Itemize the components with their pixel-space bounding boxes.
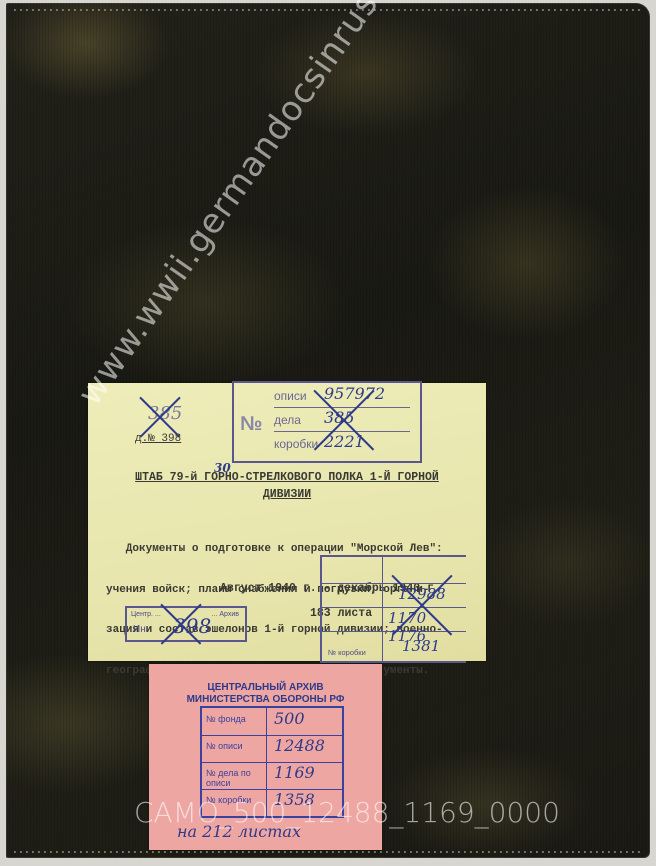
yellow-archive-label: 385 д.№ 398 № описи 957972 дела 385 коро… [88, 383, 486, 661]
stamp-text: ... Архив [212, 611, 239, 618]
file-id-watermark: CAMO_500_12488_1169_0000 [134, 796, 560, 829]
stamp-divider [382, 557, 383, 661]
central-archive-stamp: Центр. ... ... Архив Ин 398 [125, 606, 247, 642]
row-label: № дела по описи [206, 768, 262, 788]
row-label: № описи [206, 741, 243, 751]
title-correction: 30 [214, 460, 231, 477]
table-row-inventory: № описи 12488 [202, 735, 342, 763]
stamp-label: № коробки [328, 648, 366, 657]
strike-cross-icon [161, 602, 201, 646]
strike-cross-icon [140, 397, 180, 437]
stamp-row-label: дела [274, 413, 301, 427]
crossed-old-number: 385 [140, 397, 180, 437]
case-number: д.№ 398 [135, 433, 181, 445]
document-title: 30 ШТАБ 79-й ГОРНО-СТРЕЛКОВОГО ПОЛКА 1-Й… [88, 469, 486, 503]
row-value: 500 [274, 709, 305, 728]
archive-header-line: ЦЕНТРАЛЬНЫЙ АРХИВ [149, 682, 382, 694]
title-line-1: ШТАБ 79-й ГОРНО-СТРЕЛКОВОГО ПОЛКА 1-Й ГО… [88, 469, 486, 486]
stamp-text: Ин [133, 624, 146, 635]
box-number-stamp: 12988 1170 1176 1381 № коробки [320, 555, 466, 663]
stamp-text: Центр. ... [131, 611, 161, 618]
cover-bottom-edge [14, 851, 642, 853]
stamp-row-label: описи [274, 389, 307, 403]
table-row-fond: № фонда 500 [202, 708, 342, 736]
row-label: № фонда [206, 714, 246, 724]
cover-top-edge [14, 9, 642, 11]
title-line-2: ДИВИЗИИ [88, 486, 486, 503]
number-sign: № [240, 413, 262, 436]
strike-cross-icon [314, 385, 374, 455]
row-value: 1169 [274, 763, 315, 782]
inventory-stamp: № описи 957972 дела 385 коробки 2221 [232, 381, 422, 463]
archive-header-line: МИНИСТЕРСТВА ОБОРОНЫ РФ [149, 694, 382, 706]
strike-cross-icon [392, 565, 452, 645]
stamp-row-label: коробки [274, 437, 318, 451]
table-row-case: № дела по описи 1169 [202, 762, 342, 790]
row-value: 12488 [274, 736, 325, 755]
archive-header: ЦЕНТРАЛЬНЫЙ АРХИВ МИНИСТЕРСТВА ОБОРОНЫ Р… [149, 682, 382, 706]
